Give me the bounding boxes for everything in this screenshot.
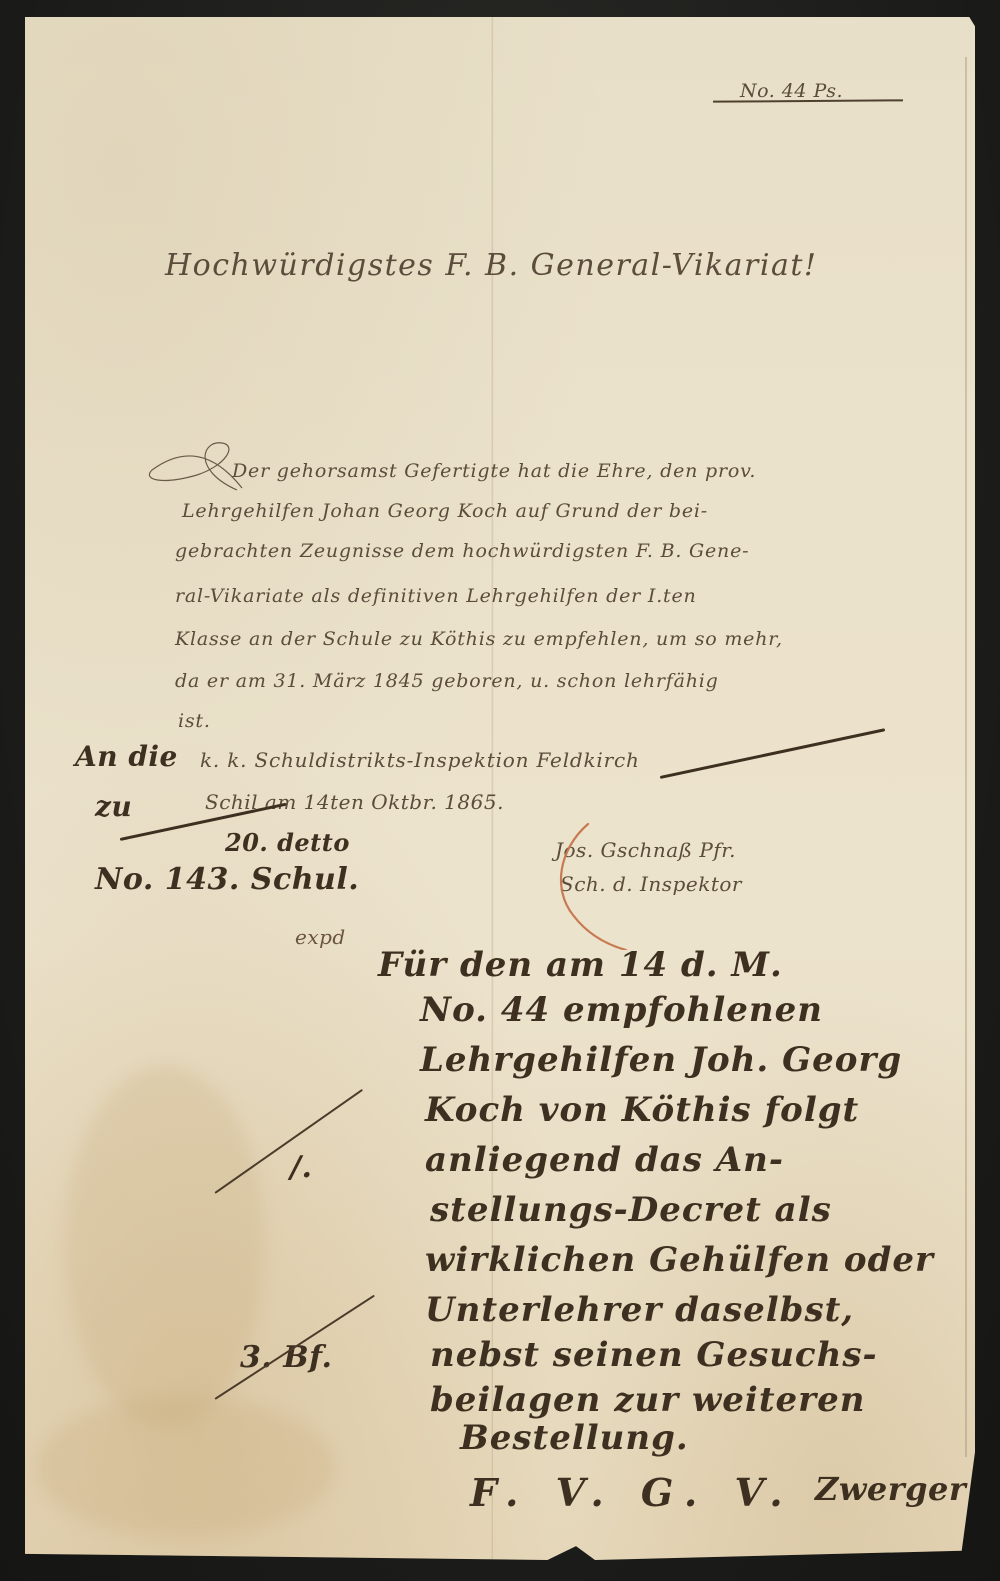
reference-number: No. 44 Ps. [740,80,843,102]
body-line: Der gehorsamst Gefertigte hat die Ehre, … [232,460,756,482]
water-stain [35,1397,335,1537]
reply-line: Koch von Köthis folgt [425,1090,859,1130]
salutation: Hochwürdigstes F. B. General-Vikariat! [165,248,817,283]
expedit-mark: expd [295,925,346,949]
red-pencil-mark-icon [548,820,658,950]
reply-line: No. 44 empfohlenen [420,990,823,1030]
margin-mark: /. [290,1150,312,1185]
body-line: da er am 31. März 1845 geboren, u. schon… [175,670,719,692]
body-line: ral-Vikariate als definitiven Lehrgehilf… [175,585,697,607]
closing-initials: F. V. G. V. [470,1470,795,1515]
address-label-zu: zu [95,790,132,823]
reply-line: Unterlehrer daselbst, [425,1290,854,1330]
body-line: Lehrgehilfen Johan Georg Koch auf Grund … [182,500,708,522]
body-line: gebrachten Zeugnisse dem hochwürdigsten … [175,540,749,562]
paper-edge [965,57,967,1457]
closing-signature: Zwerger [815,1470,966,1508]
address-label-an: An die [75,740,178,773]
addressee: k. k. Schuldistrikts-Inspektion Feldkirc… [200,748,640,772]
water-stain [65,1067,265,1427]
file-number: No. 143. Schul. [95,862,359,897]
body-line: ist. [178,710,211,732]
annotation-date: 20. detto [225,828,350,857]
margin-mark: 3. Bf. [240,1340,332,1375]
reply-line: wirklichen Gehülfen oder [425,1240,934,1280]
reply-line: nebst seinen Gesuchs- [430,1335,878,1375]
reply-line: Lehrgehilfen Joh. Georg [420,1040,902,1080]
reply-line: stellungs-Decret als [430,1190,832,1230]
reply-line: beilagen zur weiteren [430,1380,865,1420]
reply-line: Bestellung. [460,1418,689,1458]
reply-line: anliegend das An- [425,1140,784,1180]
body-line: Klasse an der Schule zu Köthis zu empfeh… [175,628,783,650]
reply-line: Für den am 14 d. M. [378,945,783,985]
